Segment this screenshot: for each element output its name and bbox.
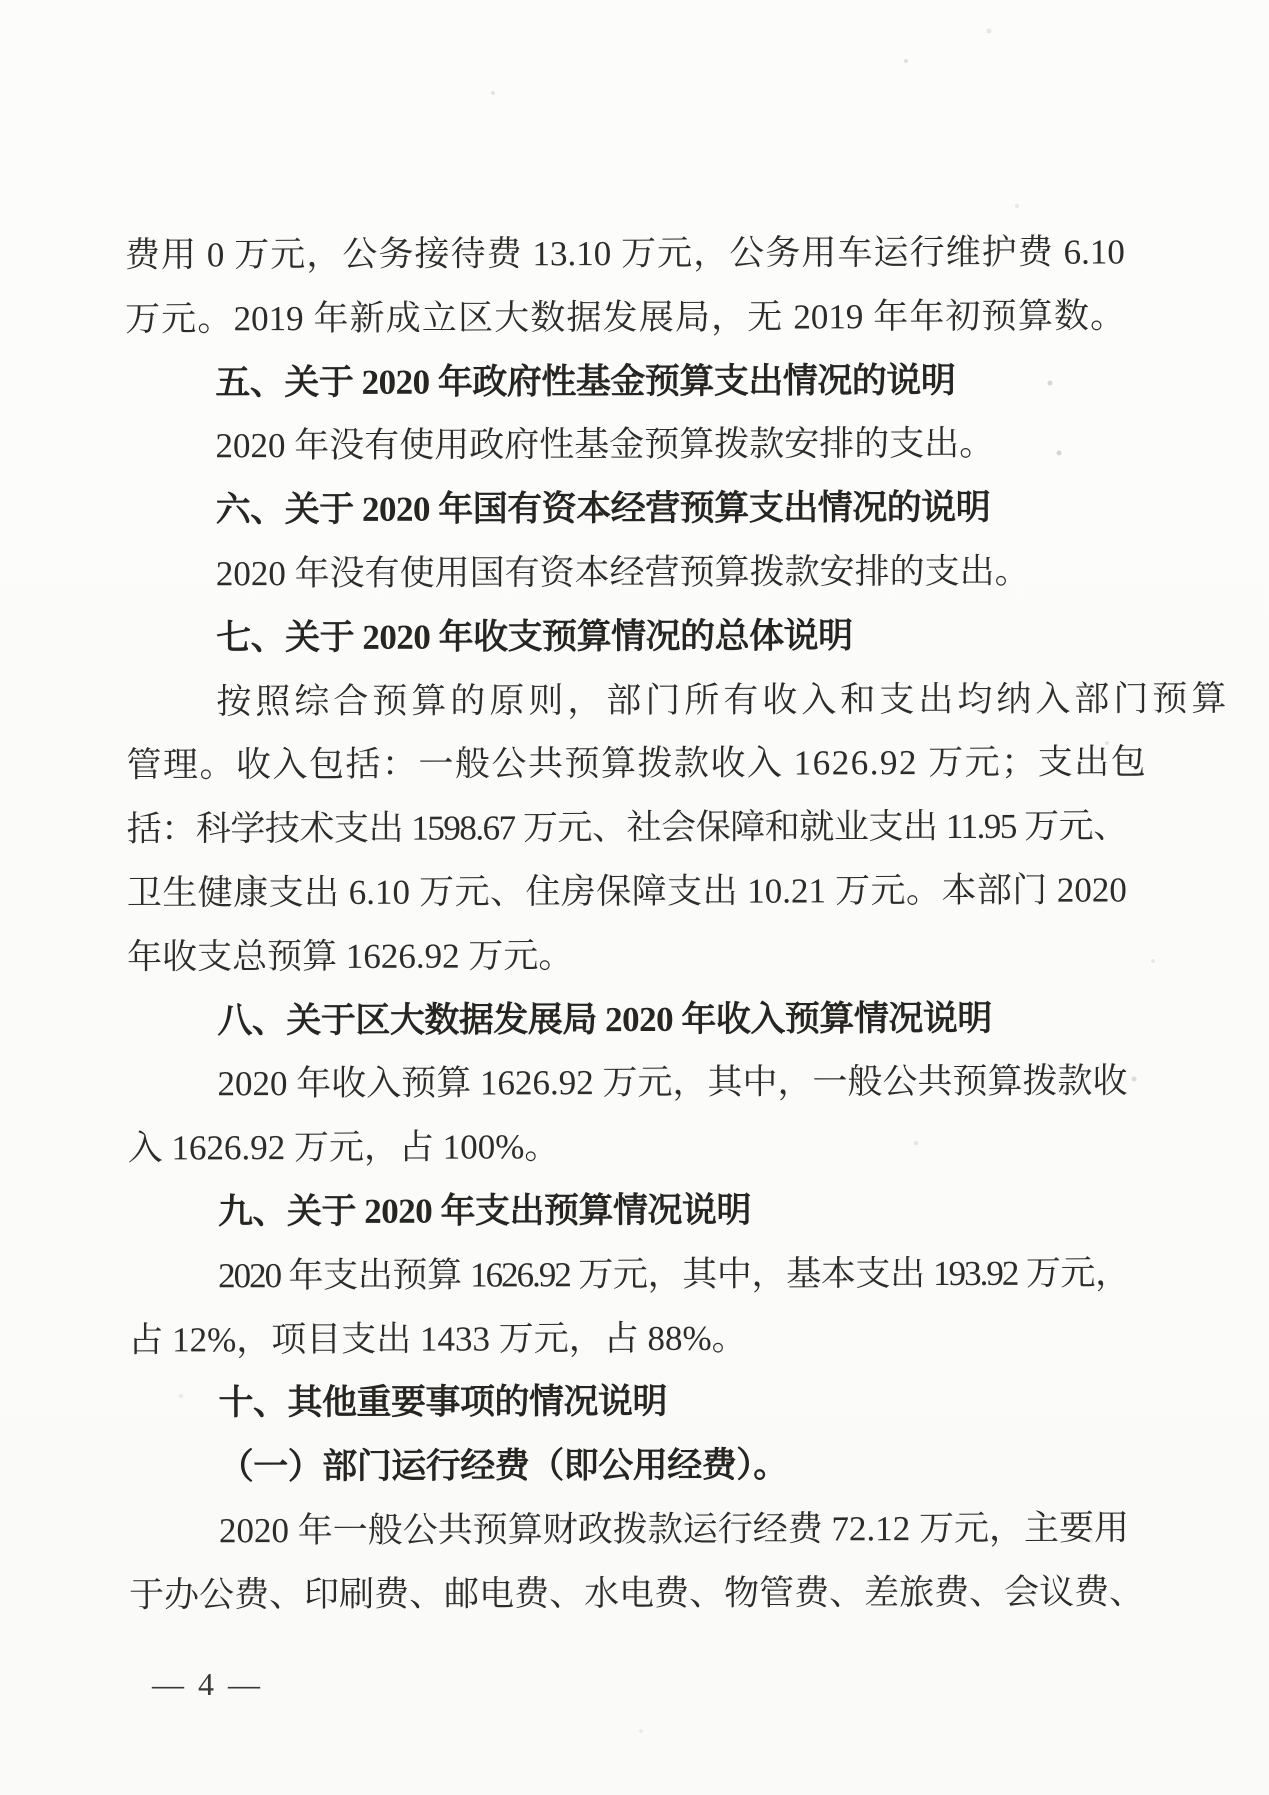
section-heading: 十、其他重要事项的情况说明 (128, 1369, 1128, 1436)
document-page: 费用 0 万元，公务接待费 13.10 万元，公务用车运行维护费 6.10 万元… (0, 0, 1269, 1795)
body-line: 于办公费、印刷费、邮电费、水电费、物管费、差旅费、会议费、 (129, 1560, 1129, 1627)
body-line: 2020 年没有使用政府性基金预算拨款安排的支出。 (125, 412, 1125, 479)
section-heading: 八、关于区大数据发展局 2020 年收入预算情况说明 (127, 986, 1127, 1053)
body-line: 2020 年收入预算 1626.92 万元，其中，一般公共预算拨款收 (127, 1050, 1127, 1117)
section-heading: 七、关于 2020 年收支预算情况的总体说明 (126, 603, 1126, 670)
document-body: 费用 0 万元，公务接待费 13.10 万元，公务用车运行维护费 6.10 万元… (125, 220, 1129, 1627)
body-line: 2020 年支出预算 1626.92 万元，其中，基本支出 193.92 万元， (128, 1241, 1128, 1308)
body-line: 费用 0 万元，公务接待费 13.10 万元，公务用车运行维护费 6.10 (125, 220, 1125, 287)
body-line: 入 1626.92 万元，占 100%。 (128, 1114, 1128, 1181)
sub-heading: （一）部门运行经费（即公用经费）。 (129, 1433, 1129, 1500)
body-line: 年收支总预算 1626.92 万元。 (127, 922, 1127, 989)
body-line: 万元。2019 年新成立区大数据发展局，无 2019 年年初预算数。 (125, 284, 1125, 351)
section-heading: 六、关于 2020 年国有资本经营预算支出情况的说明 (126, 476, 1126, 543)
body-line: 占 12%，项目支出 1433 万元，占 88%。 (128, 1305, 1128, 1372)
body-line: 管理。收入包括：一般公共预算拨款收入 1626.92 万元；支出包 (126, 731, 1126, 798)
section-heading: 五、关于 2020 年政府性基金预算支出情况的说明 (125, 348, 1125, 415)
body-line: 按照综合预算的原则，部门所有收入和支出均纳入部门预算 (126, 667, 1126, 734)
page-number: — 4 — (152, 1662, 263, 1706)
body-line: 括：科学技术支出 1598.67 万元、社会保障和就业支出 11.95 万元、 (127, 795, 1127, 862)
body-line: 卫生健康支出 6.10 万元、住房保障支出 10.21 万元。本部门 2020 (127, 858, 1127, 925)
scan-noise (0, 0, 2, 2)
body-line: 2020 年一般公共预算财政拨款运行经费 72.12 万元，主要用 (129, 1496, 1129, 1563)
body-line: 2020 年没有使用国有资本经营预算拨款安排的支出。 (126, 539, 1126, 606)
section-heading: 九、关于 2020 年支出预算情况说明 (128, 1177, 1128, 1244)
